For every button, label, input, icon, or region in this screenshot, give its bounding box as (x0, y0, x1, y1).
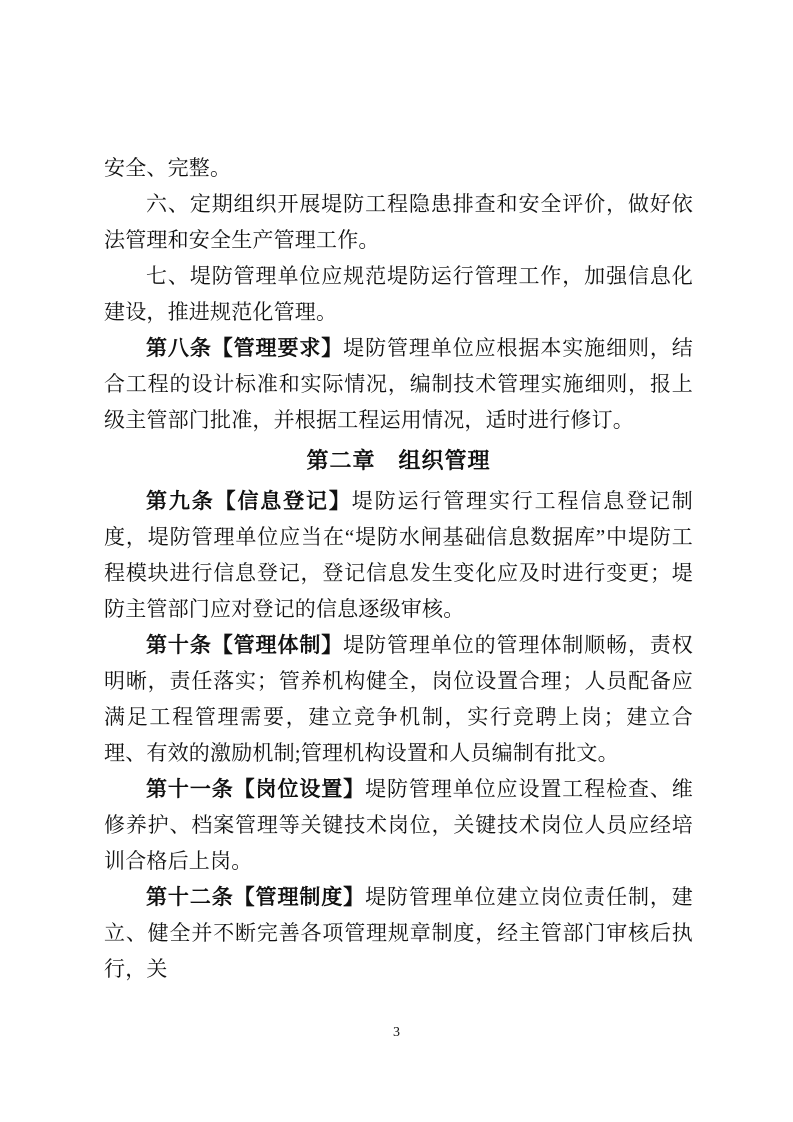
page-footer: 3 (0, 1024, 793, 1042)
article-paragraph: 第九条【信息登记】堤防运行管理实行工程信息登记制度，堤防管理单位应当在“堤防水闸… (104, 483, 693, 627)
article-paragraph: 第十二条【管理制度】堤防管理单位建立岗位责任制，建立、健全并不断完善各项管理规章… (104, 879, 693, 987)
document-body: 安全、完整。六、定期组织开展堤防工程隐患排查和安全评价，做好依法管理和安全生产管… (104, 150, 693, 987)
document-page: 安全、完整。六、定期组织开展堤防工程隐患排查和安全评价，做好依法管理和安全生产管… (0, 0, 793, 1122)
article-lead: 第十条【管理体制】 (146, 633, 343, 657)
page-number: 3 (393, 1025, 400, 1040)
body-paragraph: 六、定期组织开展堤防工程隐患排查和安全评价，做好依法管理和安全生产管理工作。 (104, 186, 693, 258)
article-paragraph: 第十条【管理体制】堤防管理单位的管理体制顺畅，责权明晰，责任落实；管养机构健全，… (104, 627, 693, 771)
chapter-heading: 第二章 组织管理 (104, 443, 693, 479)
article-lead: 第九条【信息登记】 (146, 489, 352, 513)
article-lead: 第十二条【管理制度】 (146, 885, 365, 909)
article-lead: 第十一条【岗位设置】 (146, 777, 365, 801)
body-paragraph: 安全、完整。 (104, 150, 693, 186)
article-lead: 第八条【管理要求】 (146, 336, 343, 360)
article-paragraph: 第十一条【岗位设置】堤防管理单位应设置工程检查、维修养护、档案管理等关键技术岗位… (104, 771, 693, 879)
body-paragraph: 七、堤防管理单位应规范堤防运行管理工作，加强信息化建设，推进规范化管理。 (104, 258, 693, 330)
article-paragraph: 第八条【管理要求】堤防管理单位应根据本实施细则，结合工程的设计标准和实际情况，编… (104, 330, 693, 438)
